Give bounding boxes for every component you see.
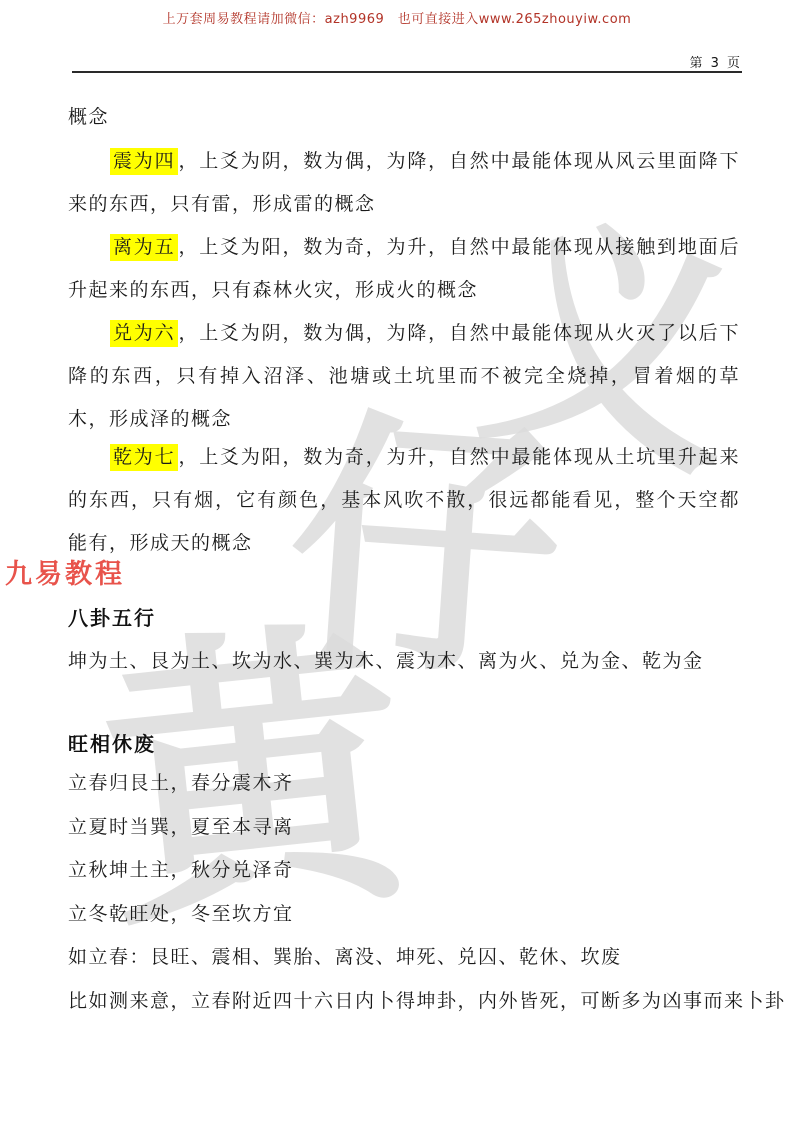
verse-list: 立春归艮土，春分震木齐 立夏时当巽，夏至本寻离 立秋坤土主，秋分兑泽奇 立冬乾旺… <box>68 762 740 1023</box>
concept-paragraph-qian: 乾为七，上爻为阳，数为奇，为升，自然中最能体现从土坑里升起来的东西，只有烟，它有… <box>68 436 740 565</box>
content-layer: 上万套周易教程请加微信：azh9969 也可直接进入www.265zhouyiw… <box>0 0 794 1123</box>
verse-line: 比如测来意，立春附近四十六日内卜得坤卦，内外皆死，可断多为凶事而来卜卦 <box>68 980 740 1024</box>
document-page: 义 仔 黄 上万套周易教程请加微信：azh9969 也可直接进入www.265z… <box>0 0 794 1123</box>
highlight-term-dui: 兑为六 <box>110 320 178 347</box>
highlight-term-qian: 乾为七 <box>110 444 178 471</box>
section-body-bagua-wuxing: 坤为土、艮为土、坎为水、巽为木、震为木、离为火、兑为金、乾为金 <box>68 640 740 683</box>
intro-label: 概念 <box>68 96 740 139</box>
concept-paragraph-zhen: 震为四，上爻为阴，数为偶，为降，自然中最能体现从风云里面降下来的东西，只有雷，形… <box>68 140 740 226</box>
concept-paragraph-dui: 兑为六，上爻为阴，数为偶，为降，自然中最能体现从火灭了以后下降的东西，只有掉入沼… <box>68 312 740 441</box>
verse-line: 立夏时当巽，夏至本寻离 <box>68 806 740 850</box>
brand-logo: 九易教程 <box>5 552 125 591</box>
verse-line: 立春归艮土，春分震木齐 <box>68 762 740 806</box>
header-notice: 上万套周易教程请加微信：azh9969 也可直接进入www.265zhouyiw… <box>0 8 794 27</box>
verse-line: 立冬乾旺处，冬至坎方宜 <box>68 893 740 937</box>
concept-paragraph-li: 离为五，上爻为阳，数为奇，为升，自然中最能体现从接触到地面后升起来的东西，只有森… <box>68 226 740 312</box>
highlight-term-zhen: 震为四 <box>110 148 178 175</box>
header-divider <box>72 71 742 73</box>
section-title-wangxiang-xiufei: 旺相休废 <box>68 728 156 757</box>
highlight-term-li: 离为五 <box>110 234 178 261</box>
page-number: 第 3 页 <box>689 52 742 71</box>
verse-line: 如立春：艮旺、震相、巽胎、离没、坤死、兑囚、乾休、坎废 <box>68 936 740 980</box>
section-title-bagua-wuxing: 八卦五行 <box>68 602 156 631</box>
verse-line: 立秋坤土主，秋分兑泽奇 <box>68 849 740 893</box>
